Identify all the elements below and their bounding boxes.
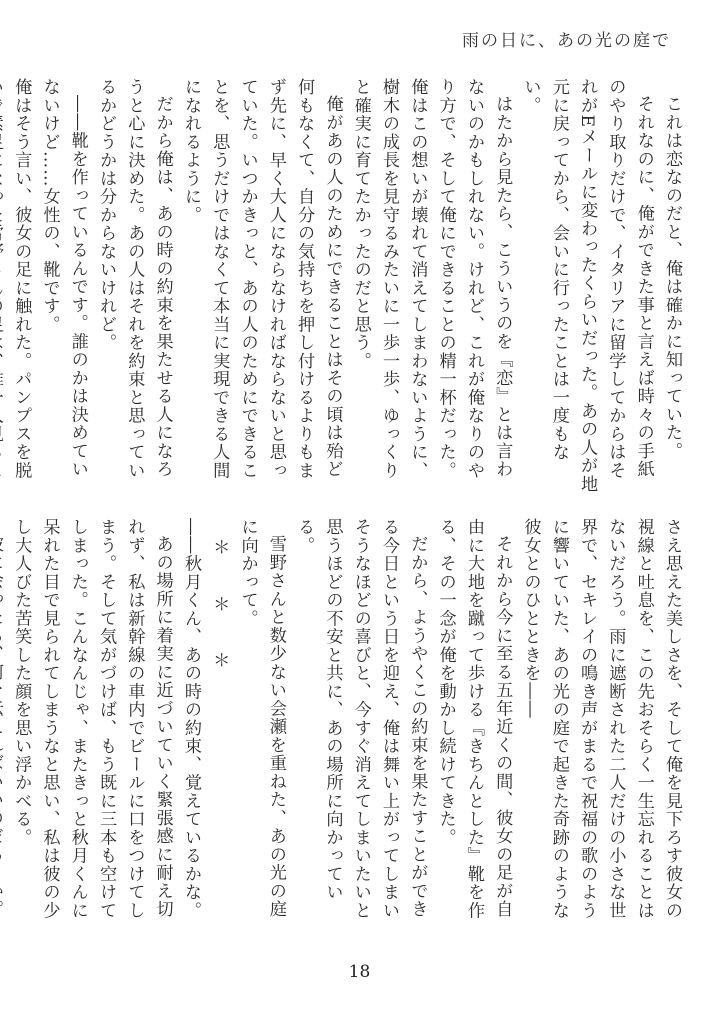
scene-break: ＊ ＊ ＊ xyxy=(205,518,233,936)
dialogue-paragraph: ――秋月くん、あの時の約束、覚えているかな。 xyxy=(177,518,205,936)
text-block-upper: これは恋なのだと、俺は確かに知っていた。 それなのに、俺ができた事と言えば時々の… xyxy=(86,78,686,496)
paragraph: これは恋なのだと、俺は確かに知っていた。 xyxy=(658,78,686,496)
paragraph: 雪野さんと数少ない会瀬を重ねた、あの光の庭に向かって。 xyxy=(233,518,290,936)
paragraph: はたから見たら、こういうのを『恋』とは言わないのかもしれない。けれど、これが俺な… xyxy=(346,78,516,496)
asterisk-icon: ＊ xyxy=(205,595,233,612)
paragraph: それから今に至る五年近くの間、彼女の足が自由に大地を蹴って歩ける『きちんとした』… xyxy=(431,518,516,936)
paragraph: 彼に会ったら、何を伝えればいいのだろうか。 xyxy=(0,518,7,936)
paragraph: だから、ようやくこの約束を果たすことができる今日という日を迎え、俺は舞い上がって… xyxy=(290,518,431,936)
page-number: 18 xyxy=(0,962,719,982)
paragraph: 俺はそう言い、彼女の足に触れた。パンプスを脱いで素足になった雪野さんの足は、誰一… xyxy=(0,78,35,496)
asterisk-icon: ＊ xyxy=(205,538,233,555)
text-block-lower: さえ思えた美しさを、そして俺を見下ろす彼女の視線と吐息を、この先おそらく一生忘れ… xyxy=(86,518,686,936)
paragraph: 俺があの人のためにできることはその頃は殆ど何もなくて、自分の気持ちを押し付けるよ… xyxy=(177,78,347,496)
paragraph: それなのに、俺ができた事と言えば時々の手紙のやり取りだけで、イタリアに留学してか… xyxy=(516,78,657,496)
dialogue-paragraph: ――靴を作っているんです。誰のかは決めていないけど……女性の、靴です。 xyxy=(35,78,92,496)
paragraph: さえ思えた美しさを、そして俺を見下ろす彼女の視線と吐息を、この先おそらく一生忘れ… xyxy=(516,518,686,936)
asterisk-icon: ＊ xyxy=(205,651,233,668)
paragraph: だから俺は、あの時の約束を果たせる人になろうと心に決めた。あの人はそれを約束と思… xyxy=(92,78,177,496)
running-head-title: 雨の日に、あの光の庭で xyxy=(462,26,671,51)
paragraph: あの場所に着実に近づいていく緊張感に耐え切れず、私は新幹線の車内でビールに口をつ… xyxy=(7,518,177,936)
